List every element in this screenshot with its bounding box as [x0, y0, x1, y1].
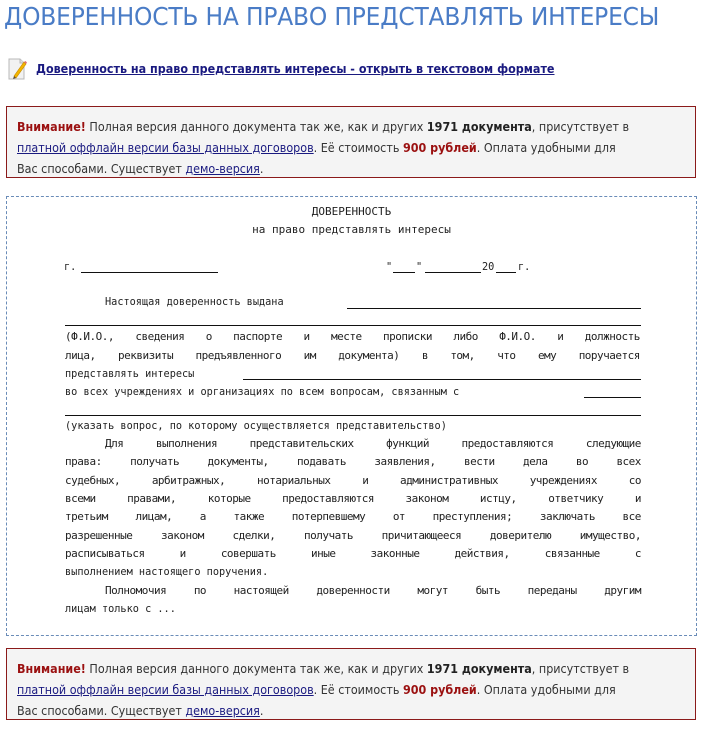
paragraph-line: выполнением настоящего поручения. [65, 565, 268, 578]
paragraph-word: расписываться [65, 547, 145, 560]
date-year-prefix: 20 [482, 260, 494, 273]
paragraph-word: и [180, 547, 186, 560]
notice-text: . [260, 162, 264, 176]
demo-version-link[interactable]: демо-версия [185, 704, 259, 718]
paragraph-word: законные [371, 547, 420, 560]
notice-text: , присутствует в [532, 120, 629, 134]
paragraph-word: поручается [579, 349, 640, 362]
paragraph-word: действия, [455, 547, 510, 560]
paragraph-word: причитающееся [382, 529, 462, 542]
paragraph-word: и [635, 492, 641, 505]
paragraph-line: Длявыполненияпредставительскихфункцийпре… [105, 437, 641, 450]
date-month-blank [425, 272, 481, 273]
paragraph-word: месте [331, 330, 362, 343]
paragraph-word: разрешенные [65, 529, 132, 542]
paragraph-word: имущество, [580, 529, 641, 542]
paragraph-word: в [422, 349, 428, 362]
paragraph-word: настоящей [234, 584, 289, 597]
paragraph-word: совершать [221, 547, 276, 560]
paragraph-word: сделки, [233, 529, 276, 542]
paragraph-word: заключать [540, 510, 595, 523]
paragraph-word: Полномочия [105, 584, 166, 597]
paragraph-word: лицам, [135, 510, 172, 523]
notice-text: Вас способами. Существует [17, 162, 185, 176]
notice-text: Вас способами. Существует [17, 704, 185, 718]
paragraph-word: а [200, 510, 206, 523]
paragraph-word: могут [417, 584, 448, 597]
paragraph-word: преступления; [433, 510, 513, 523]
date-suffix: г. [518, 260, 530, 273]
paragraph-line: всемиправами,которыепредоставляютсязакон… [65, 492, 641, 505]
issued-to-label: Настоящая доверенность выдана [105, 295, 284, 308]
paragraph-word: прописки [383, 330, 432, 343]
paragraph-word: им [304, 349, 316, 362]
date-quote-close: " [416, 260, 422, 273]
paragraph-word: судебных, [65, 474, 120, 487]
paragraph-word: заявления, [374, 455, 435, 468]
paragraph-word: учреждениях [530, 474, 597, 487]
page-title: ДОВЕРЕННОСТЬ НА ПРАВО ПРЕДСТАВЛЯТЬ ИНТЕР… [4, 2, 659, 31]
paragraph-line: лицам только с ... [65, 602, 176, 615]
notice-warning: Внимание! [17, 120, 86, 134]
paragraph-word: права: [65, 455, 102, 468]
paragraph-word: выполнения [156, 437, 217, 450]
paragraph-word: истцу, [480, 492, 517, 505]
paragraph-word: получать [130, 455, 179, 468]
paragraph-word: реквизиты [118, 349, 173, 362]
paragraph-word: административных [400, 474, 498, 487]
paragraph-word: все [623, 510, 641, 523]
notice-top: Внимание! Полная версия данного документ… [6, 106, 696, 178]
paragraph-word: и [304, 330, 310, 343]
paragraph-word: паспорте [233, 330, 282, 343]
paragraph-word: правами, [127, 492, 176, 505]
notice-count: 1971 документа [427, 662, 532, 676]
paragraph-word: предоставляются [462, 437, 554, 450]
paragraph-line: разрешенныезакономсделки,получатьпричита… [65, 529, 641, 542]
notice-text: . Её стоимость [314, 683, 403, 697]
paragraph-word: (Ф.И.О., [65, 330, 114, 343]
paragraph-word: третьим [65, 510, 108, 523]
paragraph-word: иные [311, 547, 336, 560]
fio-note-line-2: лица,реквизитыпредъявленногоимдокумента)… [65, 349, 640, 362]
paragraph-word: вести [464, 455, 495, 468]
paragraph-word: быть [476, 584, 501, 597]
paragraph-word: Для [105, 437, 123, 450]
document-subheading: на право представлять интересы [7, 223, 696, 236]
paragraph-word: документы, [207, 455, 268, 468]
issued-to-blank [347, 308, 641, 309]
paragraph-word: во [576, 455, 588, 468]
paragraph-word: переданы [528, 584, 577, 597]
paragraph-word: функций [386, 437, 429, 450]
represent-label: представлять интересы [65, 367, 194, 380]
fio-note-line-1: (Ф.И.О.,сведенияопаспортеиместепропискил… [65, 330, 640, 343]
paragraph-word: лица, [65, 349, 96, 362]
notice-text: . Оплата удобными для [477, 141, 616, 155]
paid-database-link[interactable]: платной оффлайн версии базы данных догов… [17, 683, 314, 697]
paragraph-word: с [635, 547, 641, 560]
paragraph-word: всеми [65, 492, 96, 505]
paragraph-word: Ф.И.О. [499, 330, 536, 343]
paragraph-word: от [393, 510, 405, 523]
paragraph-word: получать [304, 529, 353, 542]
paragraph-word: другим [604, 584, 641, 597]
paragraph-word: со [629, 474, 641, 487]
paragraph-word: сведения [135, 330, 184, 343]
paragraph-word: документа) [338, 349, 399, 362]
all-institutions-label: во всех учреждениях и организациях по вс… [65, 385, 459, 398]
document-edit-icon [6, 57, 28, 81]
paragraph-word: также [234, 510, 265, 523]
paragraph-line: третьимлицам,атакжепотерпевшемуотпреступ… [65, 510, 641, 523]
notice-text: Полная версия данного документа так же, … [86, 662, 427, 676]
paragraph-word: по [194, 584, 206, 597]
represent-blank [243, 379, 641, 380]
paragraph-word: потерпевшему [292, 510, 365, 523]
paragraph-word: всех [616, 455, 641, 468]
paragraph-word: и [557, 330, 563, 343]
paragraph-word: предъявленного [195, 349, 281, 362]
notice-price: 900 рублей [403, 141, 477, 155]
date-quote-open: " [386, 260, 392, 273]
paragraph-word: и [362, 474, 368, 487]
notice-text: . Оплата удобными для [477, 683, 616, 697]
paragraph-word: предоставляются [282, 492, 374, 505]
paragraph-word: доверителю [490, 529, 551, 542]
paragraph-word: представительских [250, 437, 354, 450]
document-preview: ДОВЕРЕННОСТЬ на право представлять интер… [6, 196, 697, 636]
paragraph-word: о [206, 330, 212, 343]
paragraph-word: которые [208, 492, 251, 505]
paragraph-word: арбитражных, [152, 474, 225, 487]
paragraph-word: следующие [586, 437, 641, 450]
paid-database-link[interactable]: платной оффлайн версии базы данных догов… [17, 141, 314, 155]
paragraph-line: Полномочияпонастоящейдоверенностимогутбы… [105, 584, 641, 597]
date-day-blank [393, 272, 415, 273]
demo-version-link[interactable]: демо-версия [185, 162, 259, 176]
document-heading: ДОВЕРЕННОСТЬ [7, 205, 696, 218]
city-blank [81, 272, 218, 273]
notice-bottom: Внимание! Полная версия данного документ… [6, 648, 696, 720]
date-year-blank [496, 272, 516, 273]
paragraph-line: судебных,арбитражных,нотариальныхиадмини… [65, 474, 641, 487]
paragraph-word: что [497, 349, 515, 362]
paragraph-line: права:получатьдокументы,подаватьзаявлени… [65, 455, 641, 468]
paragraph-line: расписыватьсяисовершатьиныезаконныедейст… [65, 547, 641, 560]
open-text-format-link[interactable]: Доверенность на право представлять интер… [36, 62, 554, 76]
question-note: (указать вопрос, по которому осуществляе… [65, 419, 447, 432]
city-label: г. [64, 260, 76, 273]
notice-text: . Её стоимость [314, 141, 403, 155]
institutions-blank-2 [65, 415, 641, 416]
notice-text: Полная версия данного документа так же, … [86, 120, 427, 134]
paragraph-word: законом [161, 529, 204, 542]
paragraph-word: подавать [297, 455, 346, 468]
paragraph-word: ответчику [548, 492, 603, 505]
paragraph-word: законом [406, 492, 449, 505]
notice-price: 900 рублей [403, 683, 477, 697]
paragraph-word: ему [538, 349, 556, 362]
paragraph-word: нотариальных [257, 474, 330, 487]
institutions-blank [584, 397, 641, 398]
paragraph-word: дела [523, 455, 548, 468]
notice-count: 1971 документа [427, 120, 532, 134]
paragraph-word: связанные [545, 547, 600, 560]
notice-text: . [260, 704, 264, 718]
paragraph-word: доверенности [316, 584, 389, 597]
paragraph-word: должность [585, 330, 640, 343]
issued-to-blank-2 [65, 325, 641, 326]
paragraph-word: том, [450, 349, 475, 362]
notice-warning: Внимание! [17, 662, 86, 676]
text-format-row: Доверенность на право представлять интер… [6, 56, 594, 82]
paragraph-word: либо [453, 330, 478, 343]
notice-text: , присутствует в [532, 662, 629, 676]
